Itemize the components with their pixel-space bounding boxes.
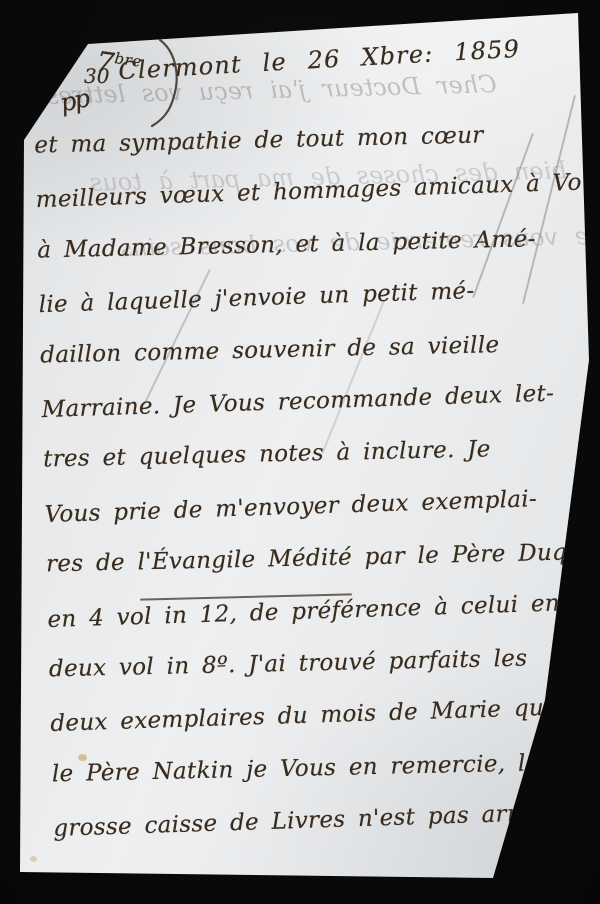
letter-paper: Cher Docteur j'ai reçu vos lettres et bi… — [0, 0, 600, 904]
archival-number-mark: 30 — [84, 64, 109, 88]
photograph: Cher Docteur j'ai reçu vos lettres et bi… — [0, 0, 600, 904]
foxing-stain — [78, 754, 87, 761]
letter-body: et ma sympathie de tout mon cœur meilleu… — [34, 119, 594, 867]
corner-scribble: pp — [57, 83, 90, 117]
foxing-stain — [30, 856, 37, 862]
ink-flourish — [150, 36, 190, 131]
